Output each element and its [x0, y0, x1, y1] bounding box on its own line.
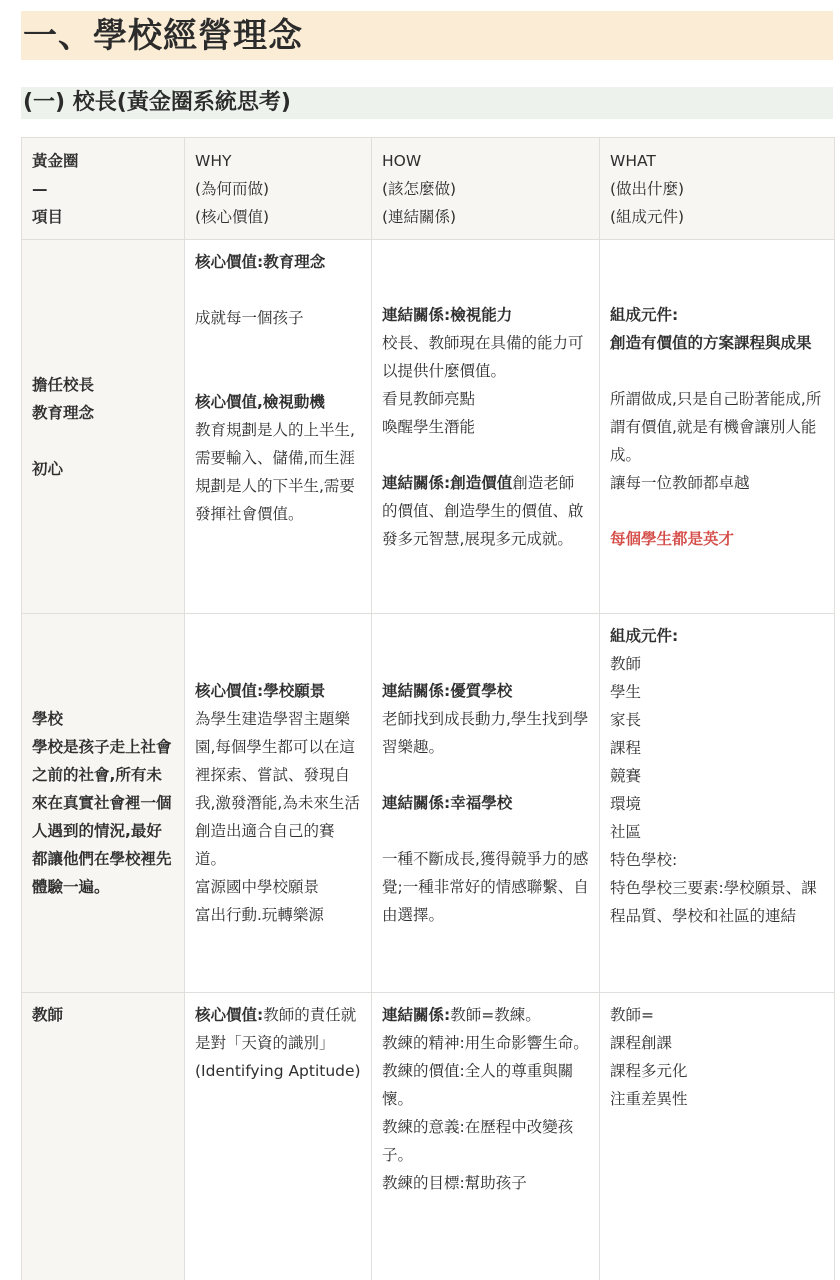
what-heading: 創造有價值的方案課程與成果: [610, 329, 824, 357]
header-why: WHY (為何而做) (核心價值): [185, 138, 372, 240]
why-text: (Identifying Aptitude): [195, 1057, 361, 1085]
header-text: (核心價值): [195, 203, 361, 231]
golden-circle-table: 黃金圈 — 項目 WHY (為何而做) (核心價值) HOW (該怎麼做) (連…: [21, 137, 835, 1280]
what-list-item: 注重差異性: [610, 1085, 824, 1113]
how-cell: 連結關係:檢視能力 校長、教師現在具備的能力可以提供什麼價值。 看見教師亮點 喚…: [372, 240, 600, 614]
header-text: (組成元件): [610, 203, 824, 231]
how-text: 教練的意義:在歷程中改變孩子。: [382, 1113, 589, 1169]
what-list-item: 課程創課: [610, 1029, 824, 1057]
row-item-label: 學校: [32, 705, 174, 733]
how-text: 校長、教師現在具備的能力可以提供什麼價值。: [382, 329, 589, 385]
what-cell: 組成元件: 創造有價值的方案課程與成果 所謂做成,只是自己盼著能成,所謂有價值,…: [600, 240, 835, 614]
why-text: 為學生建造學習主題樂園,每個學生都可以在這裡探索、嘗試、發現自我,激發潛能,為未…: [195, 705, 361, 873]
how-text: 教練的價值:全人的尊重與關懷。: [382, 1057, 589, 1113]
row-item-label: 教育理念: [32, 399, 174, 427]
table-row: 學校 學校是孩子走上社會之前的社會,所有未來在真實社會裡一個人遇到的情況,最好都…: [22, 614, 835, 993]
page-title: 一、學校經營理念: [23, 19, 303, 53]
header-text: (做出什麼): [610, 175, 824, 203]
how-cell: 連結關係:優質學校 老師找到成長動力,學生找到學習樂趣。 連結關係:幸福學校 一…: [372, 614, 600, 993]
what-text: 讓每一位教師都卓越: [610, 469, 824, 497]
how-text: 喚醒學生潛能: [382, 413, 589, 441]
spacer: [610, 497, 824, 525]
why-heading: 核心價值:學校願景: [195, 677, 361, 705]
spacer: [195, 332, 361, 360]
row-item-cell: 擔任校長 教育理念 初心: [22, 240, 185, 614]
how-text: 一種不斷成長,獲得競爭力的感覺;一種非常好的情感聯繫、自由選擇。: [382, 845, 589, 929]
why-heading: 核心價值:: [195, 1006, 263, 1024]
what-list-item: 課程: [610, 734, 824, 762]
how-text: 教練的目標:幫助孩子: [382, 1169, 589, 1197]
subtitle-bar: (一) 校長(黃金圈系統思考): [21, 87, 833, 119]
spacer: [610, 357, 824, 385]
how-heading: 連結關係:幸福學校: [382, 789, 589, 817]
how-text: 教練的精神:用生命影響生命。: [382, 1029, 589, 1057]
what-heading: 組成元件:: [610, 301, 824, 329]
why-cell: 核心價值:教育理念 成就每一個孩子 核心價值,檢視動機 教育規劃是人的上半生,需…: [185, 240, 372, 614]
why-heading: 核心價值,檢視動機: [195, 388, 361, 416]
title-bar: 一、學校經營理念: [21, 11, 833, 60]
what-cell: 教師= 課程創課 課程多元化 注重差異性: [600, 993, 835, 1280]
table-header-row: 黃金圈 — 項目 WHY (為何而做) (核心價值) HOW (該怎麼做) (連…: [22, 138, 835, 240]
spacer: [382, 817, 589, 845]
header-text: WHY: [195, 147, 361, 175]
row-item-cell: 學校 學校是孩子走上社會之前的社會,所有未來在真實社會裡一個人遇到的情況,最好都…: [22, 614, 185, 993]
how-text: 教師=教練。: [450, 1006, 541, 1024]
what-list-item: 環境: [610, 790, 824, 818]
how-cell: 連結關係:教師=教練。 教練的精神:用生命影響生命。 教練的價值:全人的尊重與關…: [372, 993, 600, 1280]
why-text: 富出行動.玩轉樂源: [195, 901, 361, 929]
what-heading: 組成元件:: [610, 622, 824, 650]
what-text: 特色學校三要素:學校願景、課程品質、學校和社區的連結: [610, 874, 824, 930]
header-text: —: [32, 175, 174, 203]
section-subtitle: (一) 校長(黃金圈系統思考): [23, 92, 291, 114]
highlight-text: 每個學生都是英才: [610, 525, 824, 553]
why-text: 富源國中學校願景: [195, 873, 361, 901]
what-list-item: 特色學校:: [610, 846, 824, 874]
header-text: 黃金圈: [32, 147, 174, 175]
spacer: [32, 427, 174, 455]
what-list-item: 教師: [610, 650, 824, 678]
header-how: HOW (該怎麼做) (連結關係): [372, 138, 600, 240]
row-item-label: 教師: [32, 1001, 174, 1029]
what-list-item: 競賽: [610, 762, 824, 790]
what-list-item: 課程多元化: [610, 1057, 824, 1085]
how-heading: 連結關係:: [382, 1006, 450, 1024]
why-heading: 核心價值:教育理念: [195, 248, 361, 276]
what-list-item: 學生: [610, 678, 824, 706]
what-cell: 組成元件: 教師 學生 家長 課程 競賽 環境 社區 特色學校: 特色學校三要素…: [600, 614, 835, 993]
row-item-cell: 教師: [22, 993, 185, 1280]
what-text: 所謂做成,只是自己盼著能成,所謂有價值,就是有機會讓別人能成。: [610, 385, 824, 469]
why-text: 成就每一個孩子: [195, 304, 361, 332]
header-text: (連結關係): [382, 203, 589, 231]
row-item-label: 初心: [32, 455, 174, 483]
why-cell: 核心價值:教師的責任就是對「天資的識別」 (Identifying Aptitu…: [185, 993, 372, 1280]
spacer: [382, 441, 589, 469]
header-item: 黃金圈 — 項目: [22, 138, 185, 240]
table-row: 教師 核心價值:教師的責任就是對「天資的識別」 (Identifying Apt…: [22, 993, 835, 1280]
row-item-label: 擔任校長: [32, 371, 174, 399]
what-list-item: 社區: [610, 818, 824, 846]
document-page: 一、學校經營理念 (一) 校長(黃金圈系統思考) 黃金圈 — 項目 WHY (為…: [0, 0, 840, 1280]
how-text: 看見教師亮點: [382, 385, 589, 413]
spacer: [195, 360, 361, 388]
header-text: HOW: [382, 147, 589, 175]
spacer: [382, 761, 589, 789]
how-heading: 連結關係:優質學校: [382, 677, 589, 705]
how-text: 老師找到成長動力,學生找到學習樂趣。: [382, 705, 589, 761]
what-list-item: 家長: [610, 706, 824, 734]
spacer: [195, 276, 361, 304]
header-text: (為何而做): [195, 175, 361, 203]
header-what: WHAT (做出什麼) (組成元件): [600, 138, 835, 240]
what-list-item: 教師=: [610, 1001, 824, 1029]
header-text: WHAT: [610, 147, 824, 175]
header-text: (該怎麼做): [382, 175, 589, 203]
header-text: 項目: [32, 203, 174, 231]
how-heading: 連結關係:創造價值: [382, 474, 512, 492]
how-heading: 連結關係:檢視能力: [382, 301, 589, 329]
table-row: 擔任校長 教育理念 初心 核心價值:教育理念 成就每一個孩子 核心價值,檢視動機…: [22, 240, 835, 614]
why-cell: 核心價值:學校願景 為學生建造學習主題樂園,每個學生都可以在這裡探索、嘗試、發現…: [185, 614, 372, 993]
row-item-text: 學校是孩子走上社會之前的社會,所有未來在真實社會裡一個人遇到的情況,最好都讓他們…: [32, 733, 174, 901]
why-text: 教育規劃是人的上半生,需要輸入、儲備,而生涯規劃是人的下半生,需要發揮社會價值。: [195, 416, 361, 528]
